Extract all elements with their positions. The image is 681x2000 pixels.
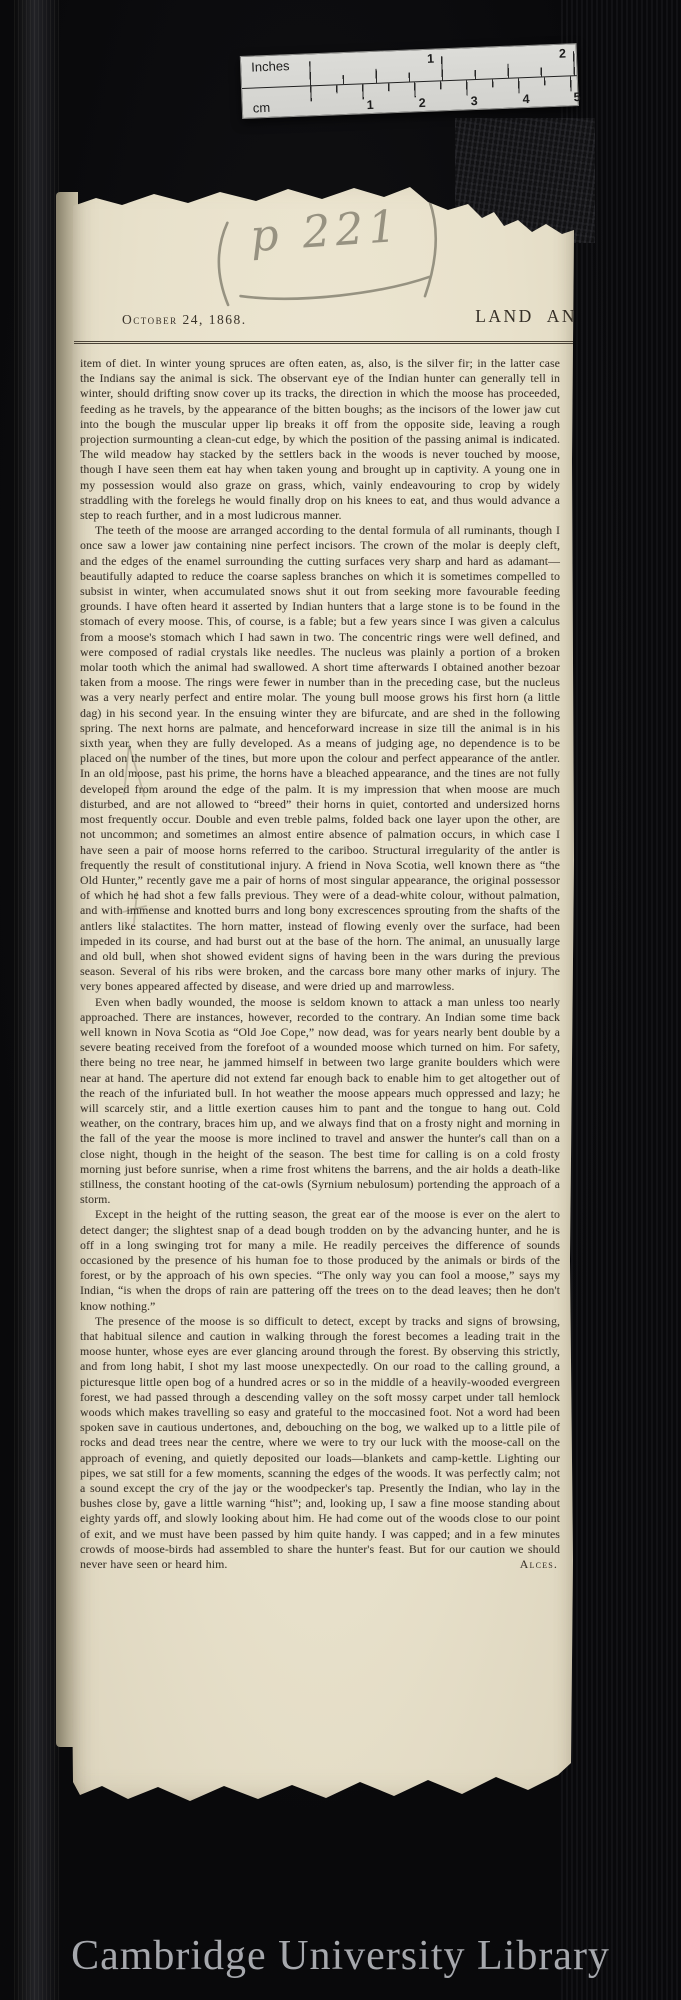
photo-stage: Inches cm 1 2 1 2 3 4 5 141 p 221 [0, 0, 681, 2000]
ruler-inch-number: 2 [559, 47, 566, 61]
header-double-rule [74, 341, 573, 344]
article-paragraph-text: The presence of the moose is so difficul… [80, 1314, 560, 1571]
black-cloth-texture-right [561, 0, 681, 2000]
clipping-header: October 24, 1868. LAND AN [88, 306, 574, 336]
measurement-ruler: Inches cm 1 2 1 2 3 4 5 [240, 43, 579, 119]
pencil-note-text: p 221 [249, 201, 403, 262]
article-text: item of diet. In winter young spruces ar… [80, 356, 560, 1572]
issue-date: October 24, 1868. [122, 312, 247, 328]
ruler-cm-number: 1 [367, 98, 374, 112]
masthead-title: LAND AN [475, 306, 577, 327]
article-paragraph: Except in the height of the rutting seas… [80, 1207, 560, 1313]
book-page-edges-left [14, 0, 60, 2000]
article-paragraph: The presence of the moose is so difficul… [80, 1314, 560, 1572]
ruler-inch-number: 1 [427, 52, 434, 66]
library-watermark: Cambridge University Library [0, 1932, 681, 1980]
ruler-cm-label: cm [253, 100, 271, 116]
article-signature: Alces. [505, 1557, 558, 1572]
ruler-cm-number: 3 [470, 94, 477, 108]
article-paragraph: Even when badly wounded, the moose is se… [80, 995, 560, 1208]
article-paragraph: The teeth of the moose are arranged acco… [80, 523, 560, 994]
ruler-inches-label: Inches [251, 58, 290, 74]
album-page: 141 p 221 October 24, 1868. LAND [70, 160, 574, 1805]
article-paragraph: item of diet. In winter young spruces ar… [80, 356, 560, 523]
ruler-cm-number: 5 [573, 90, 580, 104]
pencil-note: p 221 [197, 197, 456, 316]
ruler-cm-number: 2 [418, 96, 425, 110]
ruler-cm-number: 4 [522, 92, 529, 106]
